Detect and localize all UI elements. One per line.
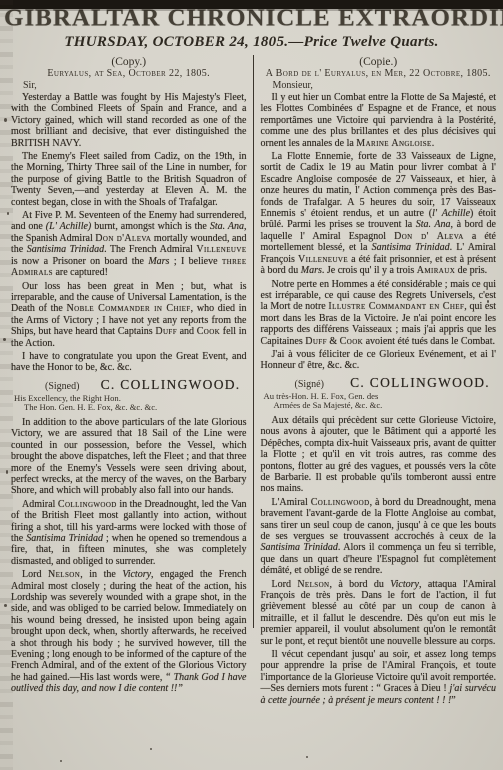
signed-label: (Signed) xyxy=(45,381,79,392)
paragraph: Our loss has been great in Men ; but, wh… xyxy=(11,281,247,349)
copy-label: (Copy.) xyxy=(11,56,247,68)
postscript-body: In addition to the above particulars of … xyxy=(11,417,247,695)
issue-price: —Price Twelve Quarts. xyxy=(288,34,438,50)
paragraph: Il y eut hier un Combat entre la Flotte … xyxy=(261,92,497,149)
copy-label: (Copie.) xyxy=(261,56,497,68)
paragraph: Yesterday a Battle was fought by His Maj… xyxy=(11,92,247,149)
addressee-line: Armées de Sa Majesté, &c. &c. xyxy=(264,401,497,411)
paragraph: Il vécut cependant jusqu' au soir, et as… xyxy=(261,649,497,706)
signature-row: (Signed) C. COLLINGWOOD. xyxy=(11,376,247,394)
english-column: (Copy.) Euryalus, at Sea, October 22, 18… xyxy=(11,55,253,708)
paper-speckle xyxy=(470,96,473,98)
paragraph: Notre perte en Hommes a été considérable… xyxy=(261,279,497,347)
paper-speckle xyxy=(6,470,8,474)
letter-body: Il y eut hier un Combat entre la Flotte … xyxy=(261,92,497,372)
french-column: (Copie.) A Bord de l' Euryalus, en Mer, … xyxy=(254,55,497,708)
paragraph: L'Amiral Collingwood, à bord du Dreadnou… xyxy=(261,497,497,577)
paragraph: In addition to the above particulars of … xyxy=(11,417,247,497)
paper-speckle xyxy=(60,760,62,762)
paper-speckle xyxy=(4,604,7,607)
letter-dateline: Euryalus, at Sea, October 22, 1805. xyxy=(11,68,247,79)
issue-dateline: THURSDAY, OCTOBER 24, 1805.—Price Twelve… xyxy=(0,34,503,51)
paragraph: Aux détails qui précèdent sur cette Glor… xyxy=(261,415,497,495)
paragraph: Lord Nelson, à bord du Victory, attaqua … xyxy=(261,579,497,647)
paragraph: Lord Nelson, in the Victory, engaged the… xyxy=(11,569,247,694)
paper-speckle xyxy=(7,212,9,215)
letter-dateline: A Bord de l' Euryalus, en Mer, 22 Octobr… xyxy=(261,68,497,79)
paper-speckle xyxy=(3,338,6,341)
paragraph: At Five P. M. Seventeen of the Enemy had… xyxy=(11,210,247,278)
newspaper-page: GIBRALTAR CHRONICLE EXTRAORDINARY. THURS… xyxy=(0,0,503,708)
salutation: Monsieur, xyxy=(261,80,497,91)
signature-name: C. COLLINGWOOD. xyxy=(101,377,241,393)
paragraph: The Enemy's Fleet sailed from Cadiz, on … xyxy=(11,151,247,208)
paragraph: I have to congratulate you upon the Grea… xyxy=(11,351,247,374)
paragraph: Admiral Collingwood in the Dreadnought, … xyxy=(11,499,247,567)
paragraph: La Flotte Ennemie, forte de 33 Vaisseaux… xyxy=(261,151,497,276)
addressee-block: His Excellency, the Right Hon. The Hon. … xyxy=(11,394,247,413)
postscript-body: Aux détails qui précèdent sur cette Glor… xyxy=(261,415,497,706)
masthead: GIBRALTAR CHRONICLE EXTRAORDINARY. THURS… xyxy=(0,3,503,51)
top-border-rule xyxy=(0,0,503,9)
paper-speckle xyxy=(4,118,7,122)
issue-date: THURSDAY, OCTOBER 24, 1805. xyxy=(64,34,288,50)
column-layout: (Copy.) Euryalus, at Sea, October 22, 18… xyxy=(0,55,503,708)
signature-row: (Signé) C. COLLINGWOOD. xyxy=(261,374,497,392)
paper-speckle xyxy=(487,300,489,303)
signature-name: C. COLLINGWOOD. xyxy=(350,375,490,391)
signed-label: (Signé) xyxy=(295,379,324,390)
salutation: Sir, xyxy=(11,80,247,91)
letter-body: Yesterday a Battle was fought by His Maj… xyxy=(11,92,247,374)
addressee-block: Au très-Hon. H. E. Fox, Gen. des Armées … xyxy=(261,392,497,411)
paper-speckle xyxy=(306,756,308,758)
paragraph: J'ai à vous féliciter de ce Glorieux Evé… xyxy=(261,349,497,372)
paper-speckle xyxy=(150,748,152,750)
addressee-line: The Hon. Gen. H. E. Fox, &c. &c. &c. xyxy=(14,403,247,413)
